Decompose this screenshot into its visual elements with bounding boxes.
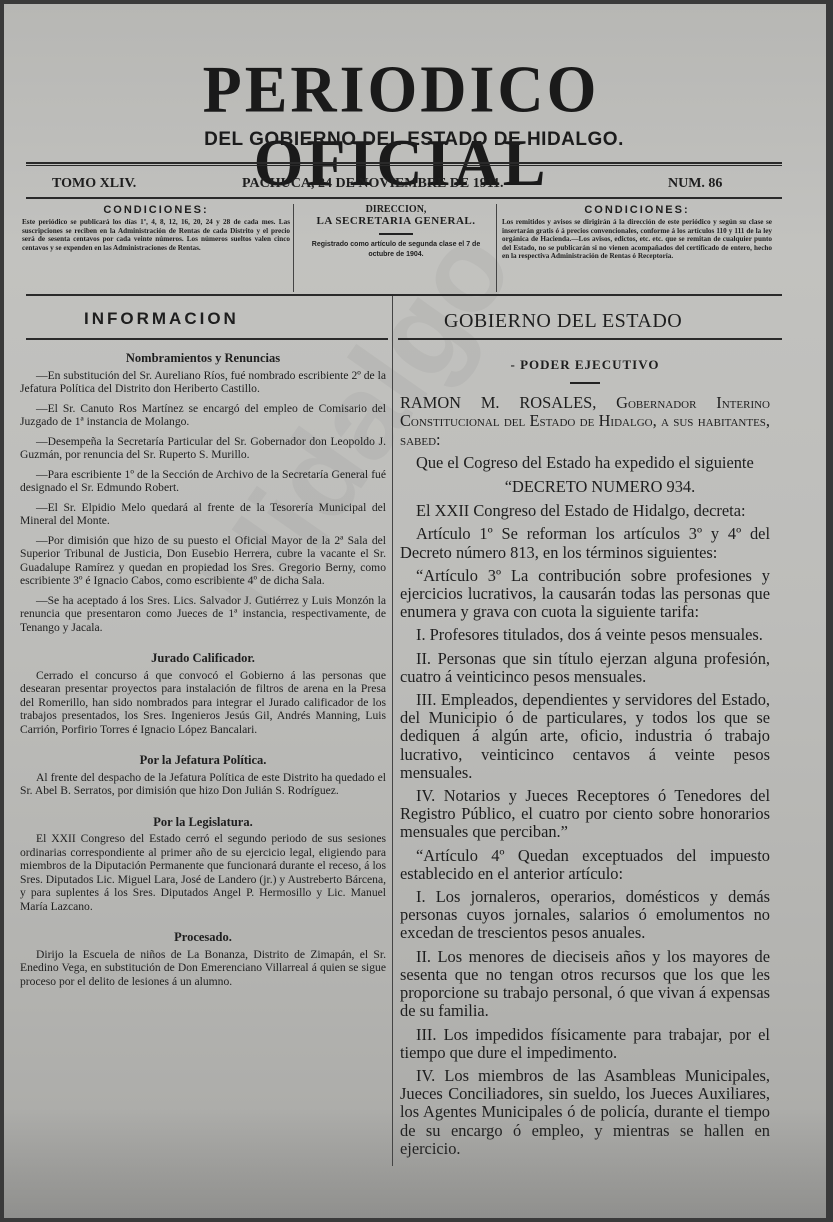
article-paragraph: I. Los jornaleros, operarios, domésticos… [400,888,770,943]
conditions-left-box: CONDICIONES: Este periódico se publicará… [22,204,290,289]
subhead-procesado: Procesado. [20,931,386,945]
article-paragraph: I. Profesores titulados, dos á veinte pe… [400,626,770,644]
newspaper-page: Hidalgo PERIODICO OFICIAL DEL GOBIERNO D… [4,4,826,1218]
direction-subtitle: LA SECRETARIA GENERAL. [298,215,494,227]
right-column: - PODER EJECUTIVO RAMON M. ROSALES, Gobe… [400,356,770,1163]
news-paragraph: El XXII Congreso del Estado cerró el seg… [20,832,386,913]
conditions-divider-1 [293,204,294,292]
column-divider [392,296,393,1166]
news-paragraph: Dirijo la Escuela de niños de La Bonanza… [20,948,386,989]
article-paragraph: “Artículo 3º La contribución sobre profe… [400,567,770,622]
article-paragraph: III. Empleados, dependientes y servidore… [400,691,770,782]
volume-label: TOMO XLIV. [52,176,136,192]
decree-title: “DECRETO NUMERO 934. [430,478,770,496]
news-paragraph: —Para escribiente 1º de la Sección de Ar… [20,468,386,495]
decree-enactment: El XXII Congreso del Estado de Hidalgo, … [400,502,770,520]
news-paragraph: —Desempeña la Secretaría Particular del … [20,435,386,462]
subhead-jurado: Jurado Calificador. [20,652,386,666]
conditions-right-box: CONDICIONES: Los remitidos y avisos se d… [502,204,772,289]
place-date: PACHUCA, 24 DE NOVIEMBRE DE 1911. [242,176,503,192]
conditions-bottom-rule [26,294,782,296]
direction-title: DIRECCION, [298,204,494,215]
section-title-gobierno: GOBIERNO DEL ESTADO [444,310,784,333]
news-paragraph: —En substitución del Sr. Aureliano Ríos,… [20,369,386,396]
left-column: Nombramientos y Renuncias —En substituci… [20,352,386,994]
right-head-rule [398,338,782,340]
issue-info-bar: TOMO XLIV. PACHUCA, 24 DE NOVIEMBRE DE 1… [44,174,784,196]
article-paragraph: “Artículo 4º Quedan exceptuados del impu… [400,847,770,883]
conditions-divider-2 [496,204,497,292]
article-paragraph: IV. Notarios y Jueces Receptores ó Tened… [400,787,770,842]
article-paragraph: Artículo 1º Se reforman los artículos 3º… [400,525,770,561]
subhead-poder-ejecutivo: - PODER EJECUTIVO [400,356,770,374]
conditions-left-text: Este periódico se publicará los días 1º,… [22,218,290,252]
info-bar-rule [26,197,782,199]
article-paragraph: III. Los impedidos físicamente para trab… [400,1026,770,1062]
news-paragraph: —El Sr. Canuto Ros Martínez se encargó d… [20,402,386,429]
direction-box: DIRECCION, LA SECRETARIA GENERAL. Regist… [298,204,494,289]
short-rule [570,382,600,384]
article-paragraph: II. Personas que sin título ejerzan algu… [400,650,770,686]
section-title-informacion: INFORMACION [84,309,384,329]
direction-rule [379,233,413,235]
masthead-rule-thin [26,165,782,166]
decree-intro-paragraph: Que el Cogreso del Estado ha expedido el… [400,454,770,472]
conditions-left-title: CONDICIONES: [22,204,290,216]
news-paragraph: Cerrado el concurso á que convocó el Gob… [20,669,386,737]
masthead-rule [26,162,782,164]
news-paragraph: —Por dimisión que hizo de su puesto el O… [20,534,386,588]
article-paragraph: II. Los menores de dieciseis años y los … [400,948,770,1021]
issue-number: NUM. 86 [668,176,722,192]
news-paragraph: —El Sr. Elpidio Melo quedará al frente d… [20,501,386,528]
news-paragraph: Al frente del despacho de la Jefatura Po… [20,771,386,798]
subhead-nombramientos: Nombramientos y Renuncias [20,352,386,366]
proclamation: RAMON M. ROSALES, Gobernador Interino Co… [400,394,770,449]
masthead-subtitle: DEL GOBIERNO DEL ESTADO DE HIDALGO. [154,129,674,151]
news-paragraph: —Se ha aceptado á los Sres. Lics. Salvad… [20,594,386,635]
conditions-right-text: Los remitidos y avisos se dirigirán á la… [502,218,772,261]
conditions-right-title: CONDICIONES: [502,204,772,216]
left-head-rule [26,338,388,340]
registration-note: Registrado como artículo de segunda clas… [298,240,494,260]
article-paragraph: IV. Los miembros de las Asambleas Munici… [400,1067,770,1158]
subhead-legislatura: Por la Legislatura. [20,816,386,830]
subhead-jefatura: Por la Jefatura Política. [20,754,386,768]
